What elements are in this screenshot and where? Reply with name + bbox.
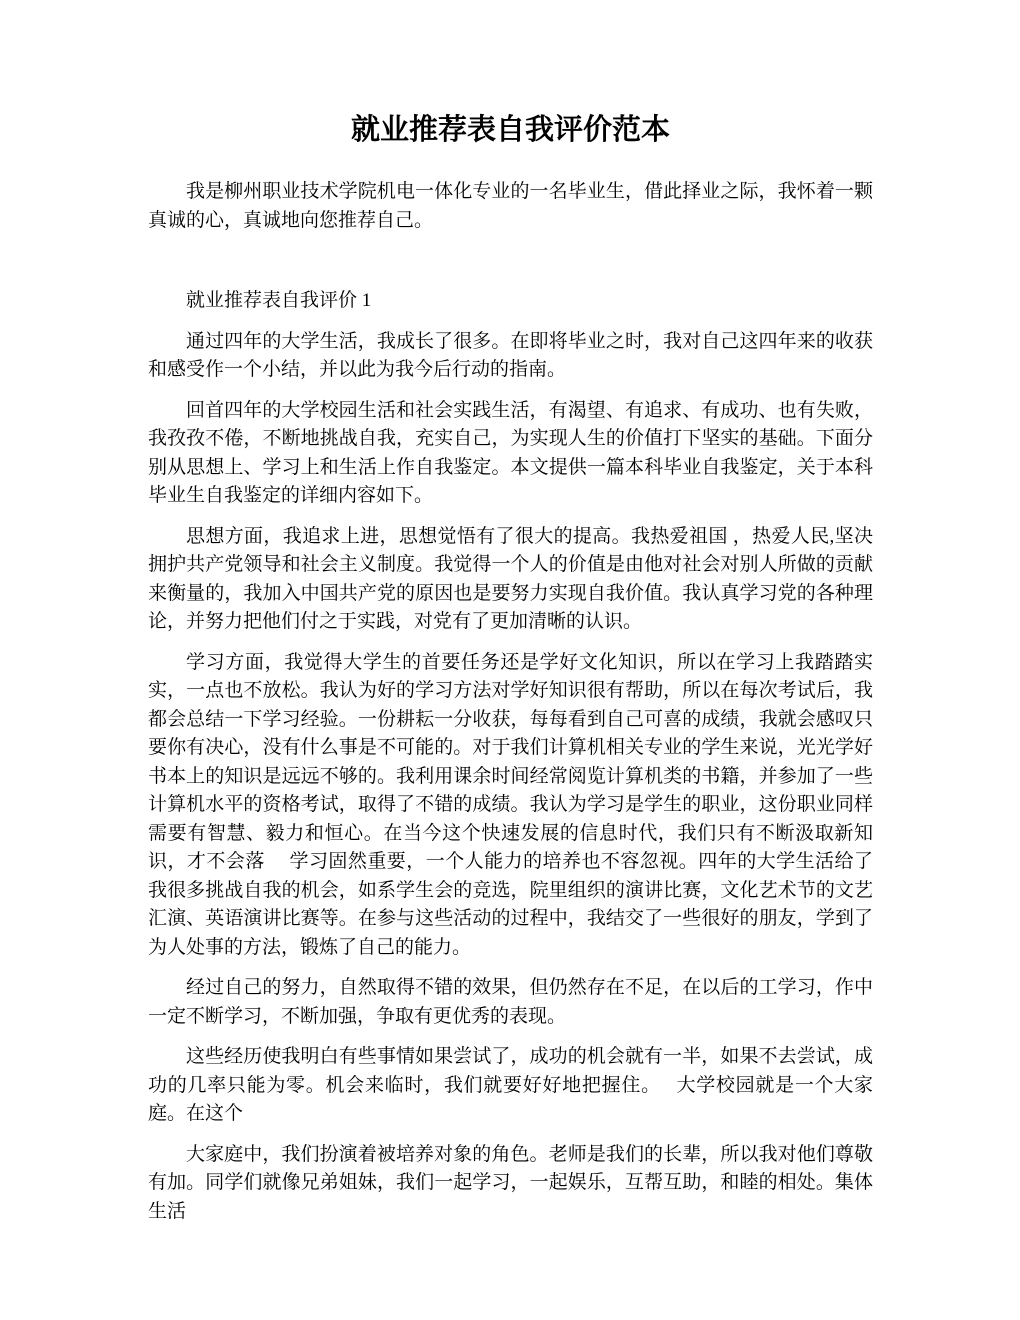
paragraph-campus-family: 大家庭中，我们扮演着被培养对象的角色。老师是我们的长辈，所以我对他们尊敬有加。同… [148,1141,873,1227]
document-page: 就业推荐表自我评价范本 我是柳州职业技术学院机电一体化专业的一名毕业生，借此择业… [0,0,1020,1320]
paragraph-campus-review: 回首四年的大学校园生活和社会实践生活，有渴望、有追求、有成功、也有失败，我孜孜不… [148,397,873,511]
section-heading: 就业推荐表自我评价 1 [148,287,873,316]
document-title: 就业推荐表自我评价范本 [148,112,873,148]
paragraph-growth-summary: 通过四年的大学生活，我成长了很多。在即将毕业之时，我对自己这四年来的收获和感受作… [148,328,873,385]
paragraph-study: 学习方面，我觉得大学生的首要任务还是学好文化知识，所以在学习上我踏踏实实，一点也… [148,649,873,963]
paragraph-intro: 我是柳州职业技术学院机电一体化专业的一名毕业生，借此择业之际，我怀着一颗真诚的心… [148,178,873,235]
paragraph-experience-lesson: 这些经历使我明白有些事情如果尝试了，成功的机会就有一半，如果不去尝试，成功的几率… [148,1043,873,1129]
paragraph-self-improvement: 经过自己的努力，自然取得不错的效果，但仍然存在不足，在以后的工学习，作中一定不断… [148,974,873,1031]
paragraph-ideology: 思想方面，我追求上进，思想觉悟有了很大的提高。我热爱祖国 ，热爱人民,坚决拥护共… [148,523,873,637]
